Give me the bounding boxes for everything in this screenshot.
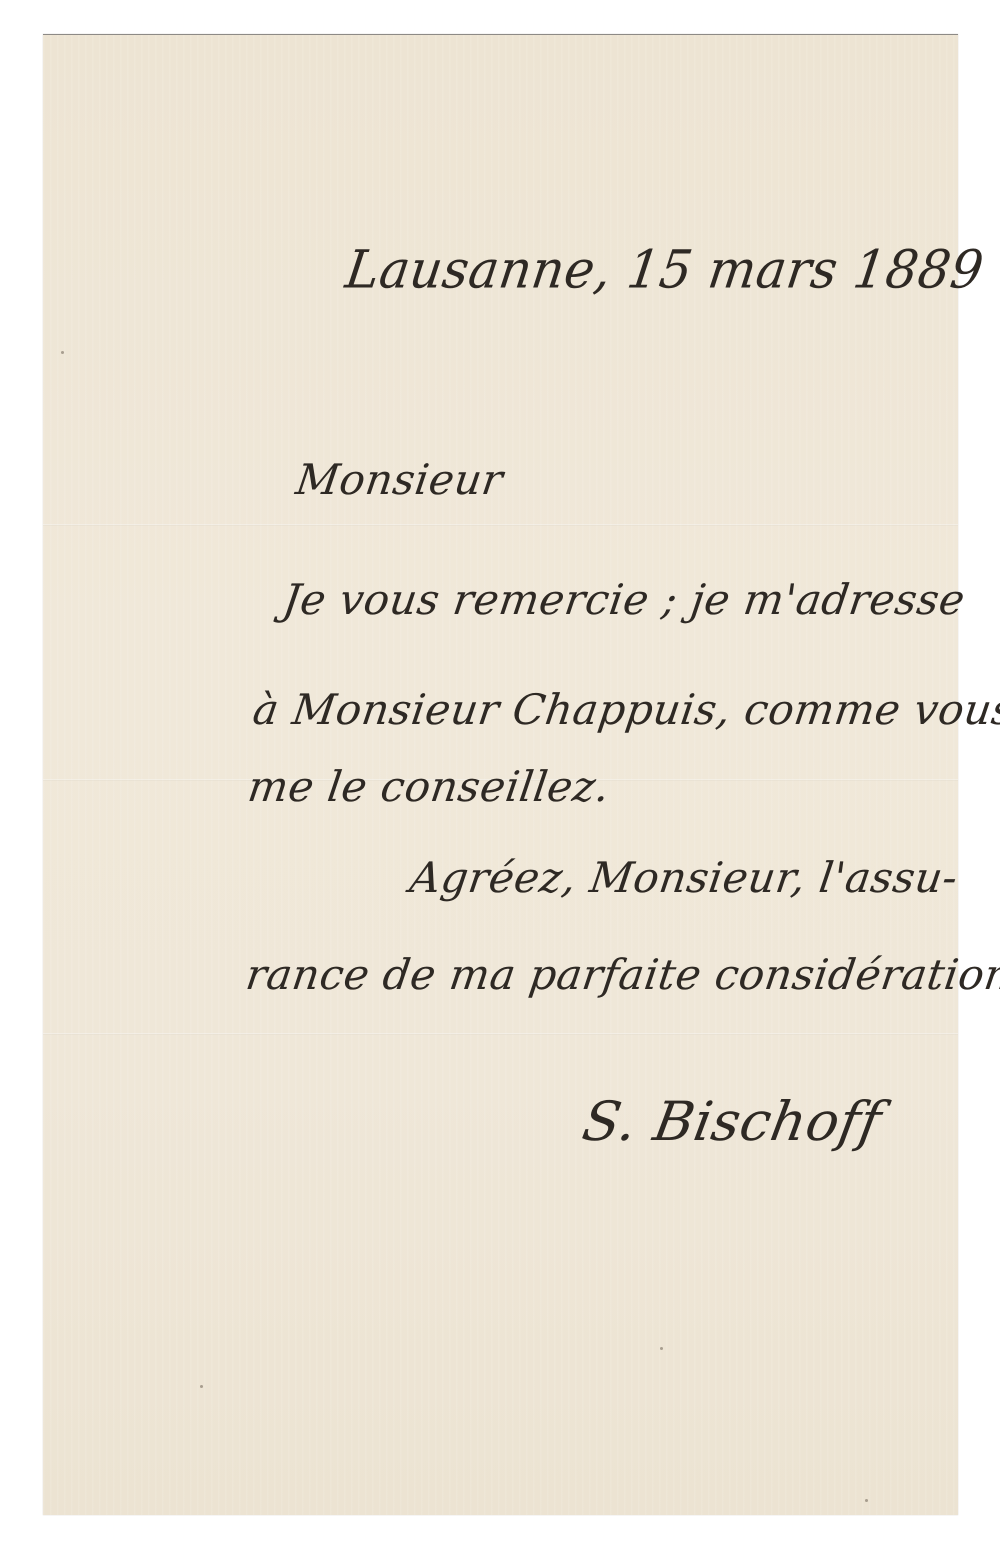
- paper-speck: [865, 1499, 868, 1502]
- body-line-1: Je vous remercie ; je m'adresse: [280, 575, 968, 624]
- body-line-3: me le conseillez.: [245, 762, 613, 811]
- signature: S. Bischoff: [578, 1090, 886, 1153]
- place-date-line: Lausanne, 15 mars 1889: [342, 239, 987, 300]
- paper-speck: [660, 1347, 663, 1350]
- fold-line: [43, 524, 958, 526]
- closing-line-1: Agréez, Monsieur, l'assu-: [407, 853, 961, 902]
- paper-speck: [61, 351, 64, 354]
- paper-speck: [200, 1385, 203, 1388]
- fold-line: [43, 1033, 958, 1035]
- closing-line-2: rance de ma parfaite considération: [243, 950, 1000, 999]
- salutation: Monsieur: [293, 455, 506, 504]
- body-line-2: à Monsieur Chappuis, comme vous: [250, 685, 1000, 734]
